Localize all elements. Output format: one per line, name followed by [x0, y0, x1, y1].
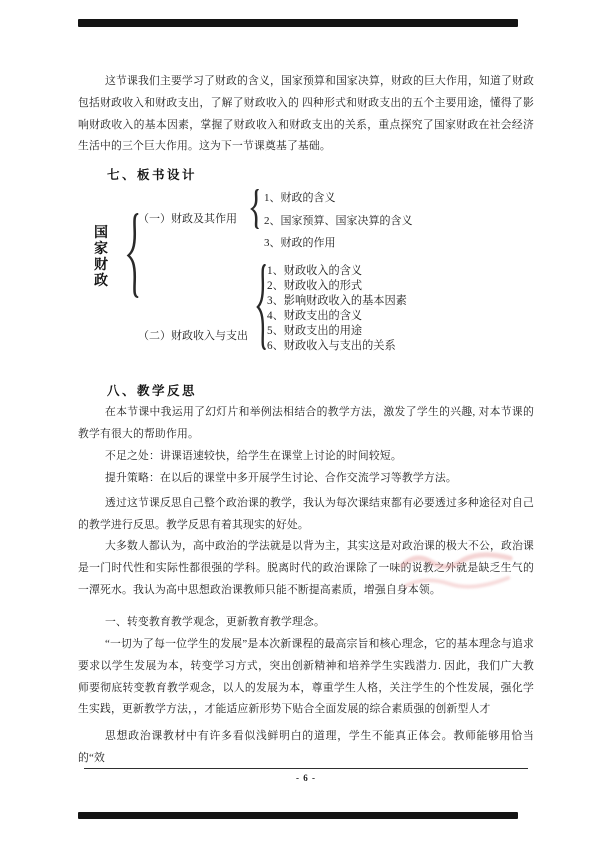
diagram-item: 6、财政收入与支出的关系 — [267, 339, 407, 354]
reflection-paragraph: 透过这节课反思自己整个政治课的教学，我认为每次课结束都有必要透过多种途径对自己的… — [78, 493, 534, 537]
reflection-paragraph: 不足之处：讲课语速较快，给学生在课堂上讨论的时间较短。 — [78, 446, 534, 468]
diagram-item: 5、财政支出的用途 — [267, 324, 407, 339]
scan-edge-artifact-top — [78, 19, 518, 27]
diagram-root-label: 国家财政 — [94, 226, 110, 290]
branch2-label: （二）财政收入与支出 — [138, 329, 248, 343]
reflection-paragraph: “一切为了每一位学生的发展”是本次新课程的最高宗旨和核心理念，它的基本理念与追求… — [78, 634, 534, 721]
reflection-paragraph: 在本节课中我运用了幻灯片和举例法相结合的教学方法，激发了学生的兴趣, 对本节课的… — [78, 402, 534, 446]
reflection-paragraph: 提升策略：在以后的课堂中多开展学生讨论、合作交流学习等教学方法。 — [78, 468, 534, 490]
board-design-diagram: 国家财政 （一）财政及其作用 1、财政的含义 2、国家预算、国家决算的含义 3、… — [78, 186, 548, 358]
footer-rule — [84, 768, 528, 769]
section-heading-teaching-reflection: 八、教学反思 — [78, 381, 197, 399]
section-heading-board-design: 七、板书设计 — [78, 165, 197, 183]
page-number: - 6 - — [78, 773, 534, 783]
diagram-item: 3、财政的作用 — [264, 232, 413, 255]
reflection-paragraph: 大多数人都认为，高中政治的学法就是以背为主，其实这是对政治课的极大不公，政治课是… — [78, 536, 534, 601]
reflection-paragraph: 思想政治课教材中有许多看似浅鲜明白的道理，学生不能真正体会。教师能够用恰当的“效 — [78, 726, 534, 770]
intro-paragraph: 这节课我们主要学习了财政的含义，国家预算和国家决算，财政的巨大作用，知道了财政包… — [78, 71, 534, 158]
diagram-item: 4、财政支出的含义 — [267, 309, 407, 324]
curly-brace-icon — [250, 189, 260, 229]
branch1-label: （一）财政及其作用 — [138, 212, 237, 226]
diagram-item: 3、影响财政收入的基本因素 — [267, 294, 407, 309]
diagram-item: 2、财政收入的形式 — [267, 279, 407, 294]
scan-edge-artifact-bottom — [78, 812, 518, 819]
document-page: 这节课我们主要学习了财政的含义，国家预算和国家决算，财政的巨大作用，知道了财政包… — [0, 0, 595, 842]
reflection-paragraph: 一、转变教育教学观念，更新教育教学理念。 — [78, 612, 534, 634]
branch1-items: 1、财政的含义 2、国家预算、国家决算的含义 3、财政的作用 — [264, 187, 413, 255]
curly-brace-icon — [256, 264, 267, 350]
diagram-item: 1、财政收入的含义 — [267, 264, 407, 279]
diagram-item: 2、国家预算、国家决算的含义 — [264, 210, 413, 233]
branch2-items: 1、财政收入的含义 2、财政收入的形式 3、影响财政收入的基本因素 4、财政支出… — [267, 264, 407, 354]
diagram-item: 1、财政的含义 — [264, 187, 413, 210]
